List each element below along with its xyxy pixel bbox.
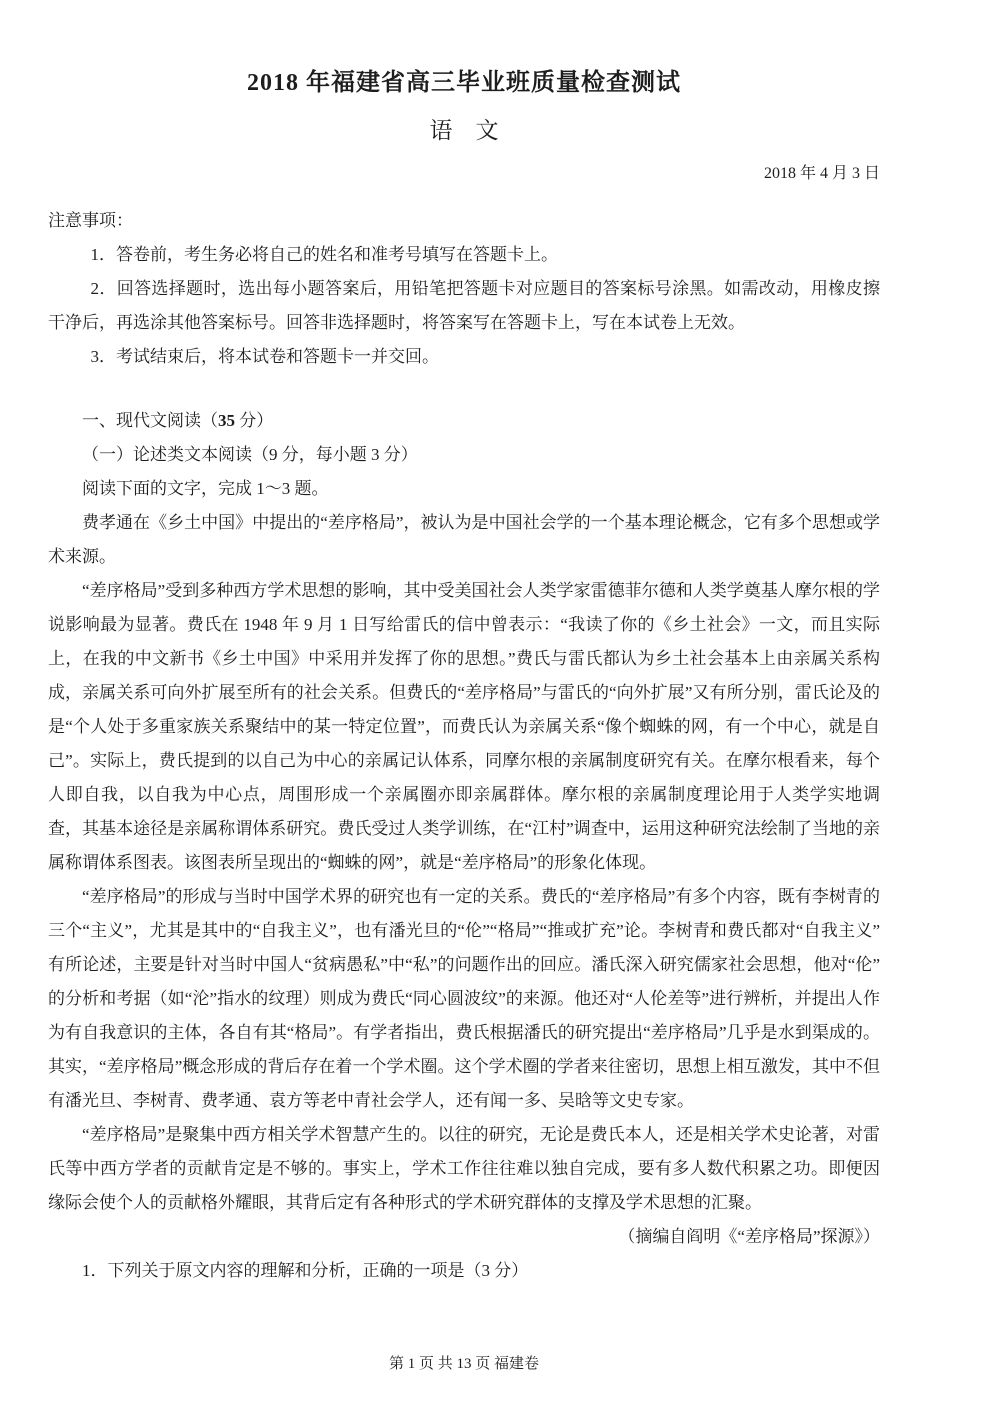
section-heading: 一、现代文阅读（35 分） — [48, 404, 880, 438]
exam-paper-page: 2018 年福建省高三毕业班质量检查测试 语 文 2018 年 4 月 3 日 … — [0, 0, 992, 1403]
title-text: 年福建省高三毕业班质量检查测试 — [299, 70, 681, 96]
section-score: 35 — [218, 411, 235, 430]
notices-heading: 注意事项： — [48, 204, 880, 238]
passage-paragraph-1: 费孝通在《乡土中国》中提出的“差序格局”，被认为是中国社会学的一个基本理论概念，… — [48, 506, 880, 574]
subsection-heading: （一）论述类文本阅读（9 分，每小题 3 分） — [48, 438, 880, 472]
question-1: 1．下列关于原文内容的理解和分析，正确的一项是（3 分） — [48, 1254, 880, 1288]
page-footer: 第 1 页 共 13 页 福建卷 — [48, 1350, 880, 1378]
reading-prompt: 阅读下面的文字，完成 1～3 题。 — [48, 472, 880, 506]
section-heading-prefix: 一、现代文阅读（ — [82, 411, 218, 430]
passage-attribution: （摘编自阎明《“差序格局”探源》） — [48, 1220, 880, 1254]
passage-paragraph-2: “差序格局”受到多种西方学术思想的影响，其中受美国社会人类学家雷德菲尔德和人类学… — [48, 574, 880, 880]
exam-date: 2018 年 4 月 3 日 — [48, 160, 880, 188]
title-year: 2018 — [247, 70, 299, 96]
section-heading-suffix: 分） — [235, 411, 273, 430]
notice-item-2: 2．回答选择题时，选出每小题答案后，用铅笔把答题卡对应题目的答案标号涂黑。如需改… — [48, 272, 880, 340]
notice-item-3: 3．考试结束后，将本试卷和答题卡一并交回。 — [48, 340, 880, 374]
subject-title: 语 文 — [48, 116, 880, 146]
notice-item-1: 1．答卷前，考生务必将自己的姓名和准考号填写在答题卡上。 — [48, 238, 880, 272]
passage-paragraph-4: “差序格局”是聚集中西方相关学术智慧产生的。以往的研究，无论是费氏本人，还是相关… — [48, 1118, 880, 1220]
page-title: 2018 年福建省高三毕业班质量检查测试 — [48, 66, 880, 100]
passage-paragraph-3: “差序格局”的形成与当时中国学术界的研究也有一定的关系。费氏的“差序格局”有多个… — [48, 880, 880, 1118]
